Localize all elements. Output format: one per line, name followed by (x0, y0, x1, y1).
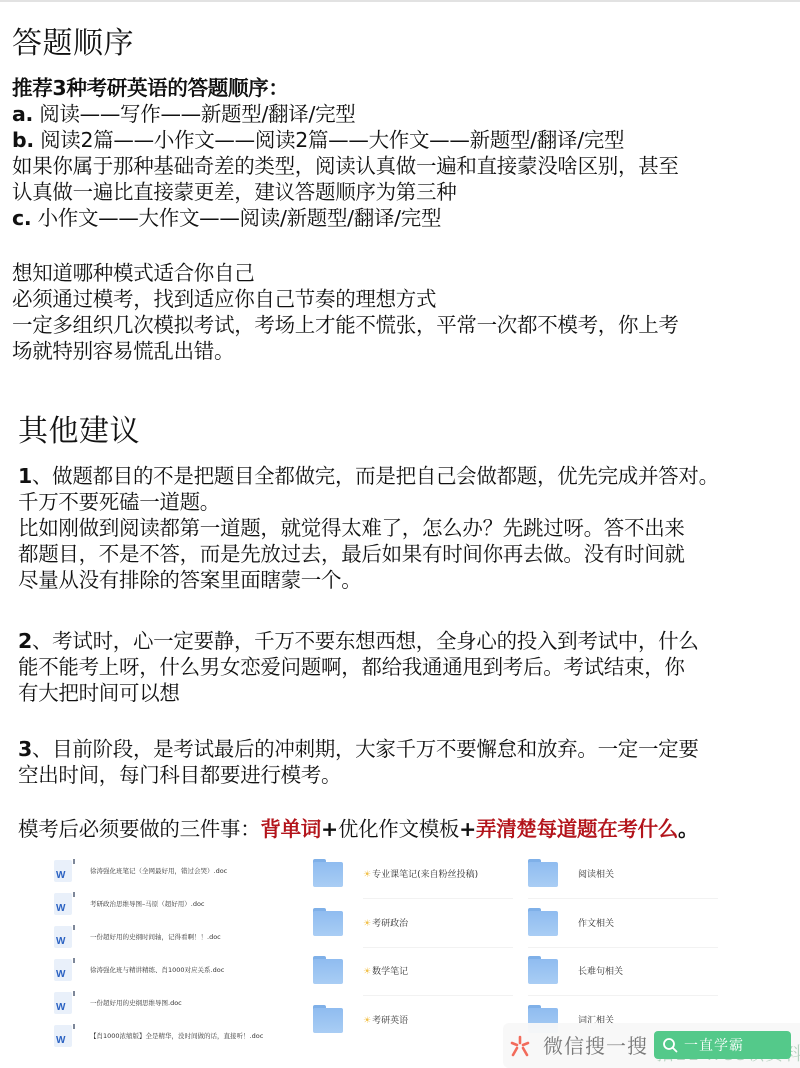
word-doc-icon: W (54, 893, 72, 915)
folder-name: 数学笔记 (372, 967, 408, 977)
folder-icon (528, 956, 558, 984)
folder-item[interactable]: 长难句相关 (528, 945, 623, 995)
sun-icon: ☀ (363, 967, 371, 977)
mock-line-1: 想知道哪种模式适合你自己 (12, 260, 254, 286)
tip3-number: 3 (18, 737, 32, 761)
file-name: 一份超好用的史纲时间轴，记得看啊！！.doc (90, 932, 221, 941)
folder-icon (528, 908, 558, 936)
wechat-search-logo-icon (508, 1034, 532, 1058)
sun-icon: ☀ (363, 870, 371, 880)
file-item[interactable]: W 徐涛强化班笔记（全网最好用，错过会哭）.doc (48, 854, 227, 887)
wechat-search-query: 一直学霸 (684, 1035, 744, 1055)
plus-sign: + (321, 817, 338, 841)
folder-icon (313, 1005, 343, 1033)
tip3-text: 、目前阶段，是考试最后的冲刺期，大家千万不要懈怠和放弃。一定一定要 (32, 737, 699, 761)
folder-name: 阅读相关 (578, 867, 614, 880)
folder-name: 专业课笔记(来自粉丝投稿) (372, 870, 478, 880)
tip1-line-3: 比如刚做到阅读都第一道题，就觉得太难了，怎么办？先跳过呀。答不出来 (18, 515, 685, 541)
option-a-prefix: a. (12, 102, 33, 126)
file-name: 一份超好用的史纲思维导图.doc (90, 998, 182, 1007)
option-a: a. 阅读——写作——新题型/翻译/完型 (12, 101, 355, 127)
tip3-line-1: 3、目前阶段，是考试最后的冲刺期，大家千万不要懈怠和放弃。一定一定要 (18, 736, 699, 762)
mock-line-4: 场就特别容易慌乱出错。 (12, 338, 234, 364)
word-doc-icon: W (54, 860, 72, 882)
folder-name: 考研政治 (372, 919, 408, 929)
tip1-line-4: 都题目，不是不答，而是先放过去，最后如果有时间你再去做。没有时间就 (18, 541, 685, 567)
option-c: c. 小作文——大作文——阅读/新题型/翻译/完型 (12, 205, 441, 231)
note-line-1: 如果你属于那种基础奇差的类型，阅读认真做一遍和直接蒙没啥区别，甚至 (12, 153, 679, 179)
file-item[interactable]: W 【肖1000浓缩版】全是精华，没时间做的话，直接听！.doc (48, 1019, 263, 1052)
file-name: 考研政治思维导图–马原（超好用）.doc (90, 899, 205, 908)
section-title-other-advice: 其他建议 (18, 412, 140, 452)
folder-icon (313, 908, 343, 936)
tip3-line-2: 空出时间，每门科目都要进行模考。 (18, 762, 341, 788)
search-icon (662, 1037, 678, 1053)
mock-line-2: 必须通过模考，找到适应你自己节奏的理想方式 (12, 286, 436, 312)
note-line-2: 认真做一遍比直接蒙更差，建议答题顺序为第三种 (12, 179, 456, 205)
after-mock-line: 模考后必须要做的三件事：背单词+优化作文模板+弄清楚每道题在考什么。 (18, 816, 698, 842)
option-c-prefix: c. (12, 206, 31, 230)
word-doc-icon: W (54, 959, 72, 981)
word-doc-icon: W (54, 926, 72, 948)
intro-text: 推荐3种考研英语的答题顺序： (12, 75, 289, 101)
folder-icon (313, 956, 343, 984)
folder-item[interactable]: 阅读相关 (528, 848, 614, 898)
folder-name: 长难句相关 (578, 964, 623, 977)
wechat-search-label: 微信搜一搜 (543, 1030, 648, 1059)
word-doc-icon: W (54, 1025, 72, 1047)
file-name: 【肖1000浓缩版】全是精华，没时间做的话，直接听！.doc (90, 1031, 263, 1040)
option-b-text: 阅读2篇——小作文——阅读2篇——大作文——新题型/翻译/完型 (40, 128, 624, 152)
folder-item[interactable]: ☀考研英语 (313, 994, 408, 1044)
top-border (0, 0, 800, 2)
after-mock-item-1: 背单词 (260, 817, 321, 841)
folder-icon (528, 859, 558, 887)
file-item[interactable]: W 考研政治思维导图–马原（超好用）.doc (48, 887, 205, 920)
after-mock-suffix: 。 (678, 817, 698, 841)
file-item[interactable]: W 一份超好用的史纲时间轴，记得看啊！！.doc (48, 920, 221, 953)
tip1-number: 1 (18, 464, 32, 488)
folder-item[interactable]: ☀数学笔记 (313, 945, 408, 995)
option-a-text: 阅读——写作——新题型/翻译/完型 (39, 102, 355, 126)
file-name: 徐涛强化班笔记（全网最好用，错过会哭）.doc (90, 866, 227, 875)
tip1-line-2: 千万不要死磕一道题。 (18, 489, 220, 515)
folder-item[interactable]: 作文相关 (528, 897, 614, 947)
tip2-line-3: 有大把时间可以想 (18, 680, 180, 706)
sun-icon: ☀ (363, 919, 371, 929)
tip2-number: 2 (18, 629, 32, 653)
tip2-line-2: 能不能考上呀，什么男女恋爱问题啊，都给我通通甩到考后。考试结束，你 (18, 654, 685, 680)
after-mock-item-3: 弄清楚每道题在考什么 (476, 817, 678, 841)
file-name: 徐涛强化班与精讲精练、肖1000对应关系.doc (90, 965, 224, 974)
folder-item[interactable]: ☀专业课笔记(来自粉丝投稿) (313, 848, 478, 898)
tip1-text: 、做题都目的不是把题目全都做完，而是把自己会做都题，优先完成并答对。 (32, 464, 719, 488)
after-mock-prefix: 模考后必须要做的三件事： (18, 817, 260, 841)
tip2-text: 、考试时，心一定要静，千万不要东想西想，全身心的投入到考试中，什么 (32, 629, 699, 653)
folder-item[interactable]: ☀考研政治 (313, 897, 408, 947)
tip1-line-5: 尽量从没有排除的答案里面瞎蒙一个。 (18, 567, 361, 593)
word-doc-icon: W (54, 992, 72, 1014)
option-b: b. 阅读2篇——小作文——阅读2篇——大作文——新题型/翻译/完型 (12, 127, 624, 153)
tip2-line-1: 2、考试时，心一定要静，千万不要东想西想，全身心的投入到考试中，什么 (18, 628, 699, 654)
tip1-line-1: 1、做题都目的不是把题目全都做完，而是把自己会做都题，优先完成并答对。 (18, 463, 719, 489)
folder-name: 作文相关 (578, 916, 614, 929)
section-title-answer-order: 答题顺序 (12, 24, 134, 64)
wechat-search-button[interactable]: 一直学霸 (654, 1031, 791, 1059)
after-mock-item-2: 优化作文模板 (338, 817, 459, 841)
sun-icon: ☀ (363, 1016, 371, 1026)
plus-sign: + (459, 817, 476, 841)
option-c-text: 小作文——大作文——阅读/新题型/翻译/完型 (38, 206, 442, 230)
file-item[interactable]: W 徐涛强化班与精讲精练、肖1000对应关系.doc (48, 953, 224, 986)
file-item[interactable]: W 一份超好用的史纲思维导图.doc (48, 986, 182, 1019)
option-b-prefix: b. (12, 128, 34, 152)
folder-name: 考研英语 (372, 1016, 408, 1026)
folder-icon (313, 859, 343, 887)
mock-line-3: 一定多组织几次模拟考试，考场上才能不慌张，平常一次都不模考，你上考 (12, 312, 679, 338)
